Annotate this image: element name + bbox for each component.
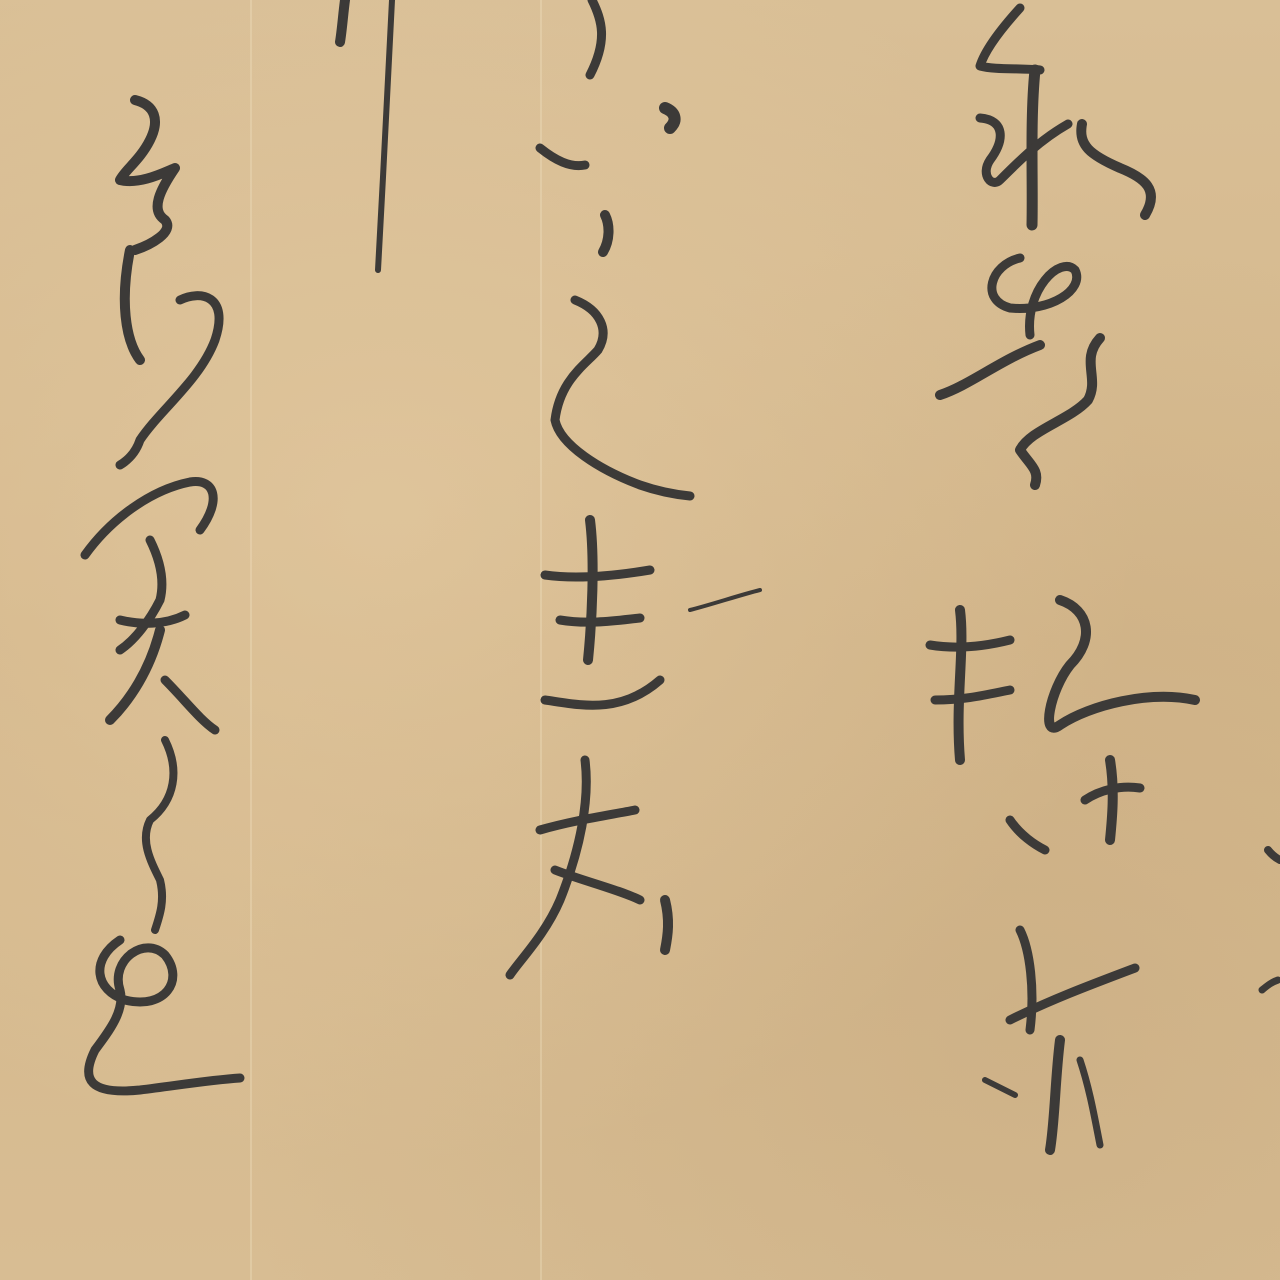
column-center-left <box>340 0 392 270</box>
ink-strokes <box>0 0 1280 1280</box>
calligraphy-paper: cursive (sōsho) brush calligraphy <box>0 0 1280 1280</box>
column-left <box>85 100 240 1091</box>
column-right <box>930 8 1195 1150</box>
column-center-right <box>510 0 690 975</box>
stray-ink-marks <box>690 590 1280 990</box>
